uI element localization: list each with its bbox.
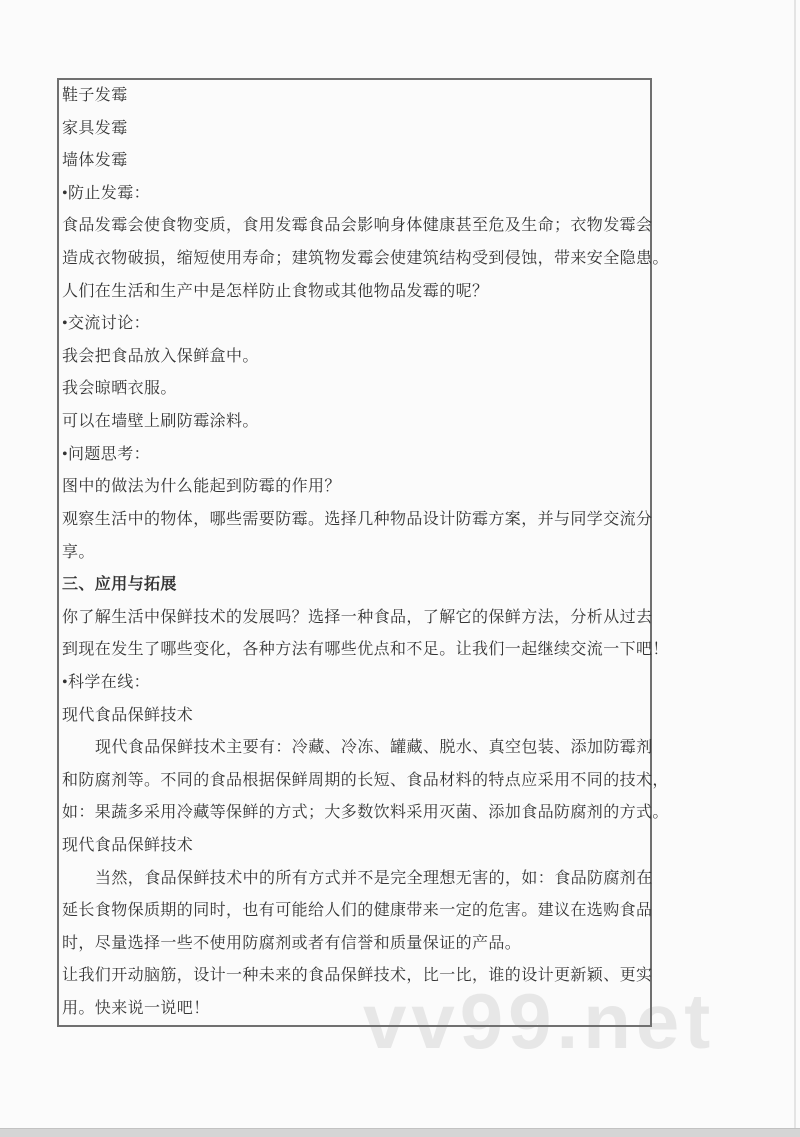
- text-line: 让我们开动脑筋，设计一种未来的食品保鲜技术，比一比，谁的设计更新颖、更实: [62, 960, 648, 993]
- text-line: 图中的做法为什么能起到防霉的作用？: [62, 471, 648, 504]
- text-line: 墙体发霉: [62, 145, 648, 178]
- text-line: 和防腐剂等。不同的食品根据保鲜周期的长短、食品材料的特点应采用不同的技术，: [62, 765, 648, 798]
- text-line: 到现在发生了哪些变化，各种方法有哪些优点和不足。让我们一起继续交流一下吧！: [62, 634, 648, 667]
- page-right-edge-line: [794, 0, 796, 1137]
- text-line: 家具发霉: [62, 113, 648, 146]
- text-line: 三、应用与拓展: [62, 569, 648, 602]
- text-line: 可以在墙壁上刷防霉涂料。: [62, 406, 648, 439]
- text-line: 观察生活中的物体，哪些需要防霉。选择几种物品设计防霉方案，并与同学交流分: [62, 504, 648, 537]
- page-background: vv99.net 鞋子发霉家具发霉墙体发霉•防止发霉：食品发霉会使食物变质，食用…: [0, 0, 800, 1137]
- text-line: 时，尽量选择一些不使用防腐剂或者有信誉和质量保证的产品。: [62, 928, 648, 961]
- text-line: 造成衣物破损，缩短使用寿命；建筑物发霉会使建筑结构受到侵蚀，带来安全隐患。: [62, 243, 648, 276]
- document-text: 鞋子发霉家具发霉墙体发霉•防止发霉：食品发霉会使食物变质，食用发霉食品会影响身体…: [59, 80, 650, 1025]
- text-line: 我会晾晒衣服。: [62, 373, 648, 406]
- text-line: 享。: [62, 537, 648, 570]
- text-line: 当然，食品保鲜技术中的所有方式并不是完全理想无害的，如：食品防腐剂在: [62, 863, 648, 896]
- text-line: 鞋子发霉: [62, 80, 648, 113]
- text-line: •问题思考：: [62, 439, 648, 472]
- text-line: •科学在线：: [62, 667, 648, 700]
- text-line: •交流讨论：: [62, 308, 648, 341]
- page-bottom-bar: [0, 1128, 800, 1137]
- text-line: 现代食品保鲜技术: [62, 830, 648, 863]
- text-line: 用。快来说一说吧！: [62, 993, 648, 1026]
- text-line: 人们在生活和生产中是怎样防止食物或其他物品发霉的呢？: [62, 276, 648, 309]
- text-line: 如：果蔬多采用冷藏等保鲜的方式；大多数饮料采用灭菌、添加食品防腐剂的方式。: [62, 797, 648, 830]
- text-line: 延长食物保质期的同时，也有可能给人们的健康带来一定的危害。建议在选购食品: [62, 895, 648, 928]
- text-line: 你了解生活中保鲜技术的发展吗？选择一种食品，了解它的保鲜方法，分析从过去: [62, 602, 648, 635]
- text-line: 现代食品保鲜技术: [62, 700, 648, 733]
- text-line: 我会把食品放入保鲜盒中。: [62, 341, 648, 374]
- document-table-cell: 鞋子发霉家具发霉墙体发霉•防止发霉：食品发霉会使食物变质，食用发霉食品会影响身体…: [57, 78, 652, 1027]
- text-line: 现代食品保鲜技术主要有：冷藏、冷冻、罐藏、脱水、真空包装、添加防霉剂: [62, 732, 648, 765]
- text-line: 食品发霉会使食物变质，食用发霉食品会影响身体健康甚至危及生命；衣物发霉会: [62, 210, 648, 243]
- text-line: •防止发霉：: [62, 178, 648, 211]
